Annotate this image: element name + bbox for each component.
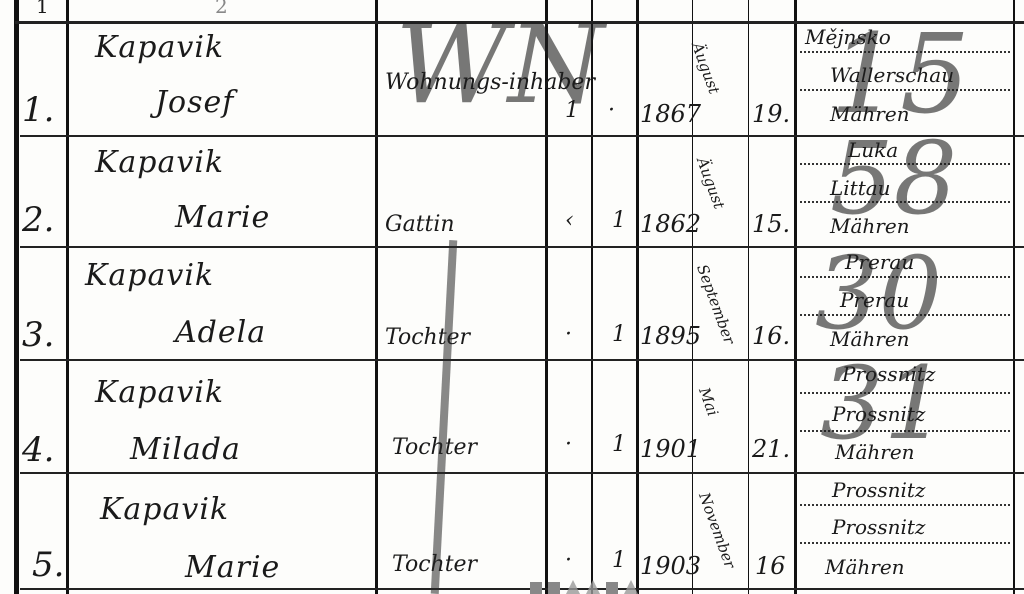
fullscreen-icon[interactable] [606,582,618,594]
male-count: ‹ [565,208,574,233]
birthplace-line: Prossnitz [842,362,935,386]
rotate-right-icon[interactable] [624,580,638,594]
place-dotline [800,201,1010,203]
birthplace-line: Prerau [840,288,909,312]
zoom-out-icon[interactable] [548,582,560,594]
surname: Kapavik [95,375,224,410]
female-count: 1 [612,432,626,457]
header-col-1: 1 [36,0,49,18]
given-name: Adela [175,315,266,350]
row-number: 3. [22,315,54,355]
page-edge [14,0,19,594]
birth-year: 1901 [640,435,701,463]
place-dotline [800,314,1010,316]
row-separator [20,135,1024,137]
birthplace-line: Mähren [825,555,905,579]
female-count: · [608,98,615,123]
column-divider [1013,0,1015,594]
column-divider [748,0,749,594]
male-count: 1 [565,98,579,123]
column-divider [66,0,69,594]
rotate-left-icon[interactable] [566,580,580,594]
birthplace-line: Mějnsko [805,25,891,49]
birth-day: 15. [752,210,790,238]
female-count: 1 [612,208,626,233]
column-divider [692,0,693,594]
birth-year: 1867 [640,100,701,128]
relation: Wohnungs-inhaber [385,70,595,95]
birth-day: 19. [752,100,790,128]
birthplace-line: Prossnitz [832,402,925,426]
relation: Tochter [385,325,470,350]
place-dotline [800,51,1010,53]
birth-day: 16. [752,322,790,350]
birth-year: 1862 [640,210,701,238]
male-count: · [565,548,572,573]
place-dotline [800,504,1010,506]
row-separator [20,246,1024,248]
birth-month: Äugust [688,40,723,96]
pencil-stroke [431,240,458,594]
row-separator [20,588,1024,590]
birth-year: 1895 [640,322,701,350]
viewer-toolbar [530,580,638,594]
surname: Kapavik [100,492,229,527]
surname: Kapavik [95,145,224,180]
place-dotline [800,163,1010,165]
row-number: 4. [22,430,54,470]
place-dotline [800,89,1010,91]
given-name: Marie [175,200,270,235]
birth-day: 21. [752,435,790,463]
relation: Gattin [385,212,455,237]
birthplace-line: Wallerschau [830,63,954,87]
birthplace-line: Mähren [830,102,910,126]
birth-year: 1903 [640,552,701,580]
male-count: · [565,432,572,457]
column-divider [794,0,797,594]
given-name: Josef [155,85,234,120]
birthplace-line: Prossnitz [832,515,925,539]
census-scan-page: 1 2 1. Kapavik Josef Wohnungs-inhaber 1 … [0,0,1024,594]
column-divider [375,0,378,594]
surname: Kapavik [85,258,214,293]
birthplace-line: Mähren [830,214,910,238]
column-divider [636,0,639,594]
place-dotline [800,430,1010,432]
birth-month: Mai [695,385,722,419]
male-count: · [565,322,572,347]
given-name: Marie [185,550,280,585]
row-separator [20,359,1024,361]
birth-month: Äugust [693,155,728,211]
birth-day: 16 [755,552,786,580]
birthplace-line: Mähren [830,327,910,351]
row-number: 2. [22,200,54,240]
row-number: 5. [32,545,64,585]
birthplace-line: Mähren [835,440,915,464]
place-dotline [800,542,1010,544]
birthplace-line: Luka [848,138,898,162]
row-separator [20,472,1024,474]
birth-month: November [695,490,739,571]
surname: Kapavik [95,30,224,65]
place-dotline [800,276,1010,278]
zoom-in-icon[interactable] [530,582,542,594]
header-col-2: 2 [215,0,228,18]
birthplace-line: Prerau [845,250,914,274]
birthplace-line: Prossnitz [832,478,925,502]
female-count: 1 [612,322,626,347]
relation: Tochter [392,435,477,460]
header-rule [15,21,1024,24]
home-icon[interactable] [586,580,600,594]
place-dotline [800,392,1010,394]
row-number: 1. [22,90,54,130]
given-name: Milada [130,432,241,467]
female-count: 1 [612,548,626,573]
birthplace-line: Littau [830,176,891,200]
